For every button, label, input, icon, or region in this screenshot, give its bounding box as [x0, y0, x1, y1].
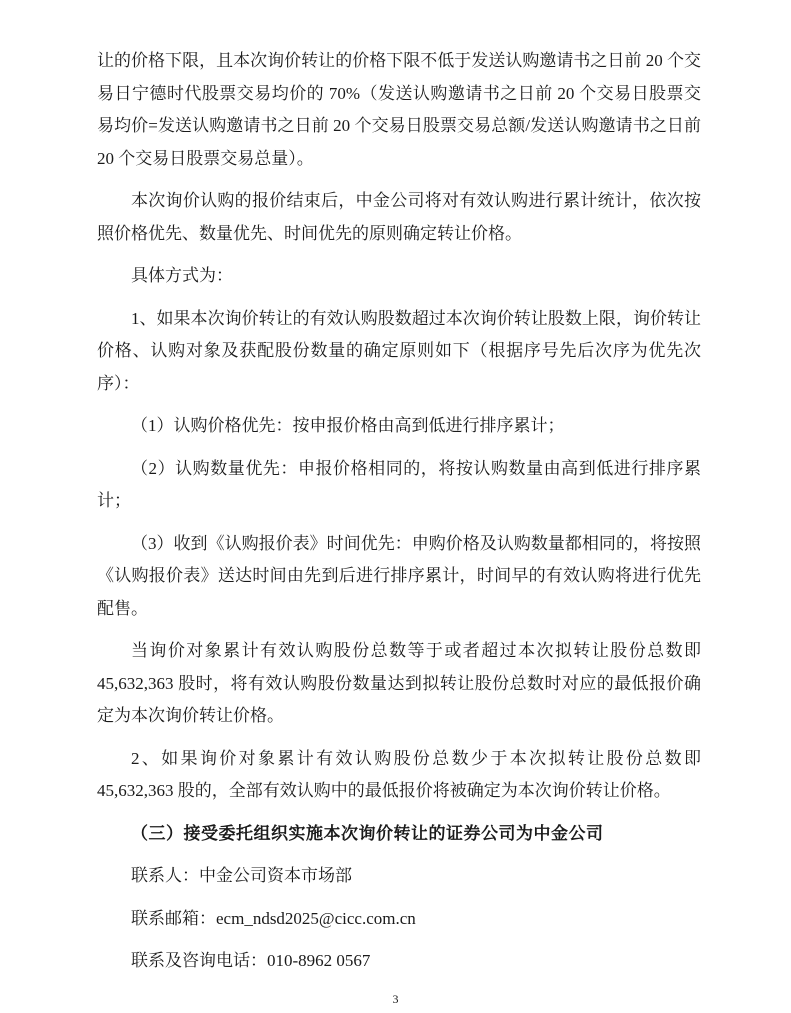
document-page: 让的价格下限，且本次询价转让的价格下限不低于发送认购邀请书之日前 20 个交易日… [0, 0, 791, 1013]
page-content: 让的价格下限，且本次询价转让的价格下限不低于发送认购邀请书之日前 20 个交易日… [97, 45, 701, 988]
paragraph-subitem-quantity-priority: （2）认购数量优先：申报价格相同的，将按认购数量由高到低进行排序累计； [97, 453, 701, 518]
contact-person-line: 联系人：中金公司资本市场部 [97, 860, 701, 893]
contact-phone-line: 联系及咨询电话：010-8962 0567 [97, 945, 701, 978]
paragraph-price-floor-continuation: 让的价格下限，且本次询价转让的价格下限不低于发送认购邀请书之日前 20 个交易日… [97, 45, 701, 175]
page-footer: 3 [0, 992, 791, 1006]
contact-email-line: 联系邮箱：ecm_ndsd2025@cicc.com.cn [97, 903, 701, 936]
paragraph-subitem-time-priority: （3）收到《认购报价表》时间优先：申购价格及认购数量都相同的，将按照《认购报价表… [97, 528, 701, 626]
page-number: 3 [393, 992, 399, 1006]
paragraph-cumulative-statistics: 本次询价认购的报价结束后，中金公司将对有效认购进行累计统计，依次按照价格优先、数… [97, 185, 701, 250]
section-heading-broker: （三）接受委托组织实施本次询价转让的证券公司为中金公司 [97, 818, 701, 851]
paragraph-method-intro: 具体方式为： [97, 260, 701, 293]
paragraph-full-subscription-pricing: 当询价对象累计有效认购股份总数等于或者超过本次拟转让股份总数即 45,632,3… [97, 635, 701, 733]
paragraph-item-1-oversubscription: 1、如果本次询价转让的有效认购股数超过本次询价转让股数上限，询价转让价格、认购对… [97, 303, 701, 401]
paragraph-item-2-undersubscription: 2、如果询价对象累计有效认购股份总数少于本次拟转让股份总数即 45,632,36… [97, 743, 701, 808]
paragraph-subitem-price-priority: （1）认购价格优先：按申报价格由高到低进行排序累计； [97, 410, 701, 443]
